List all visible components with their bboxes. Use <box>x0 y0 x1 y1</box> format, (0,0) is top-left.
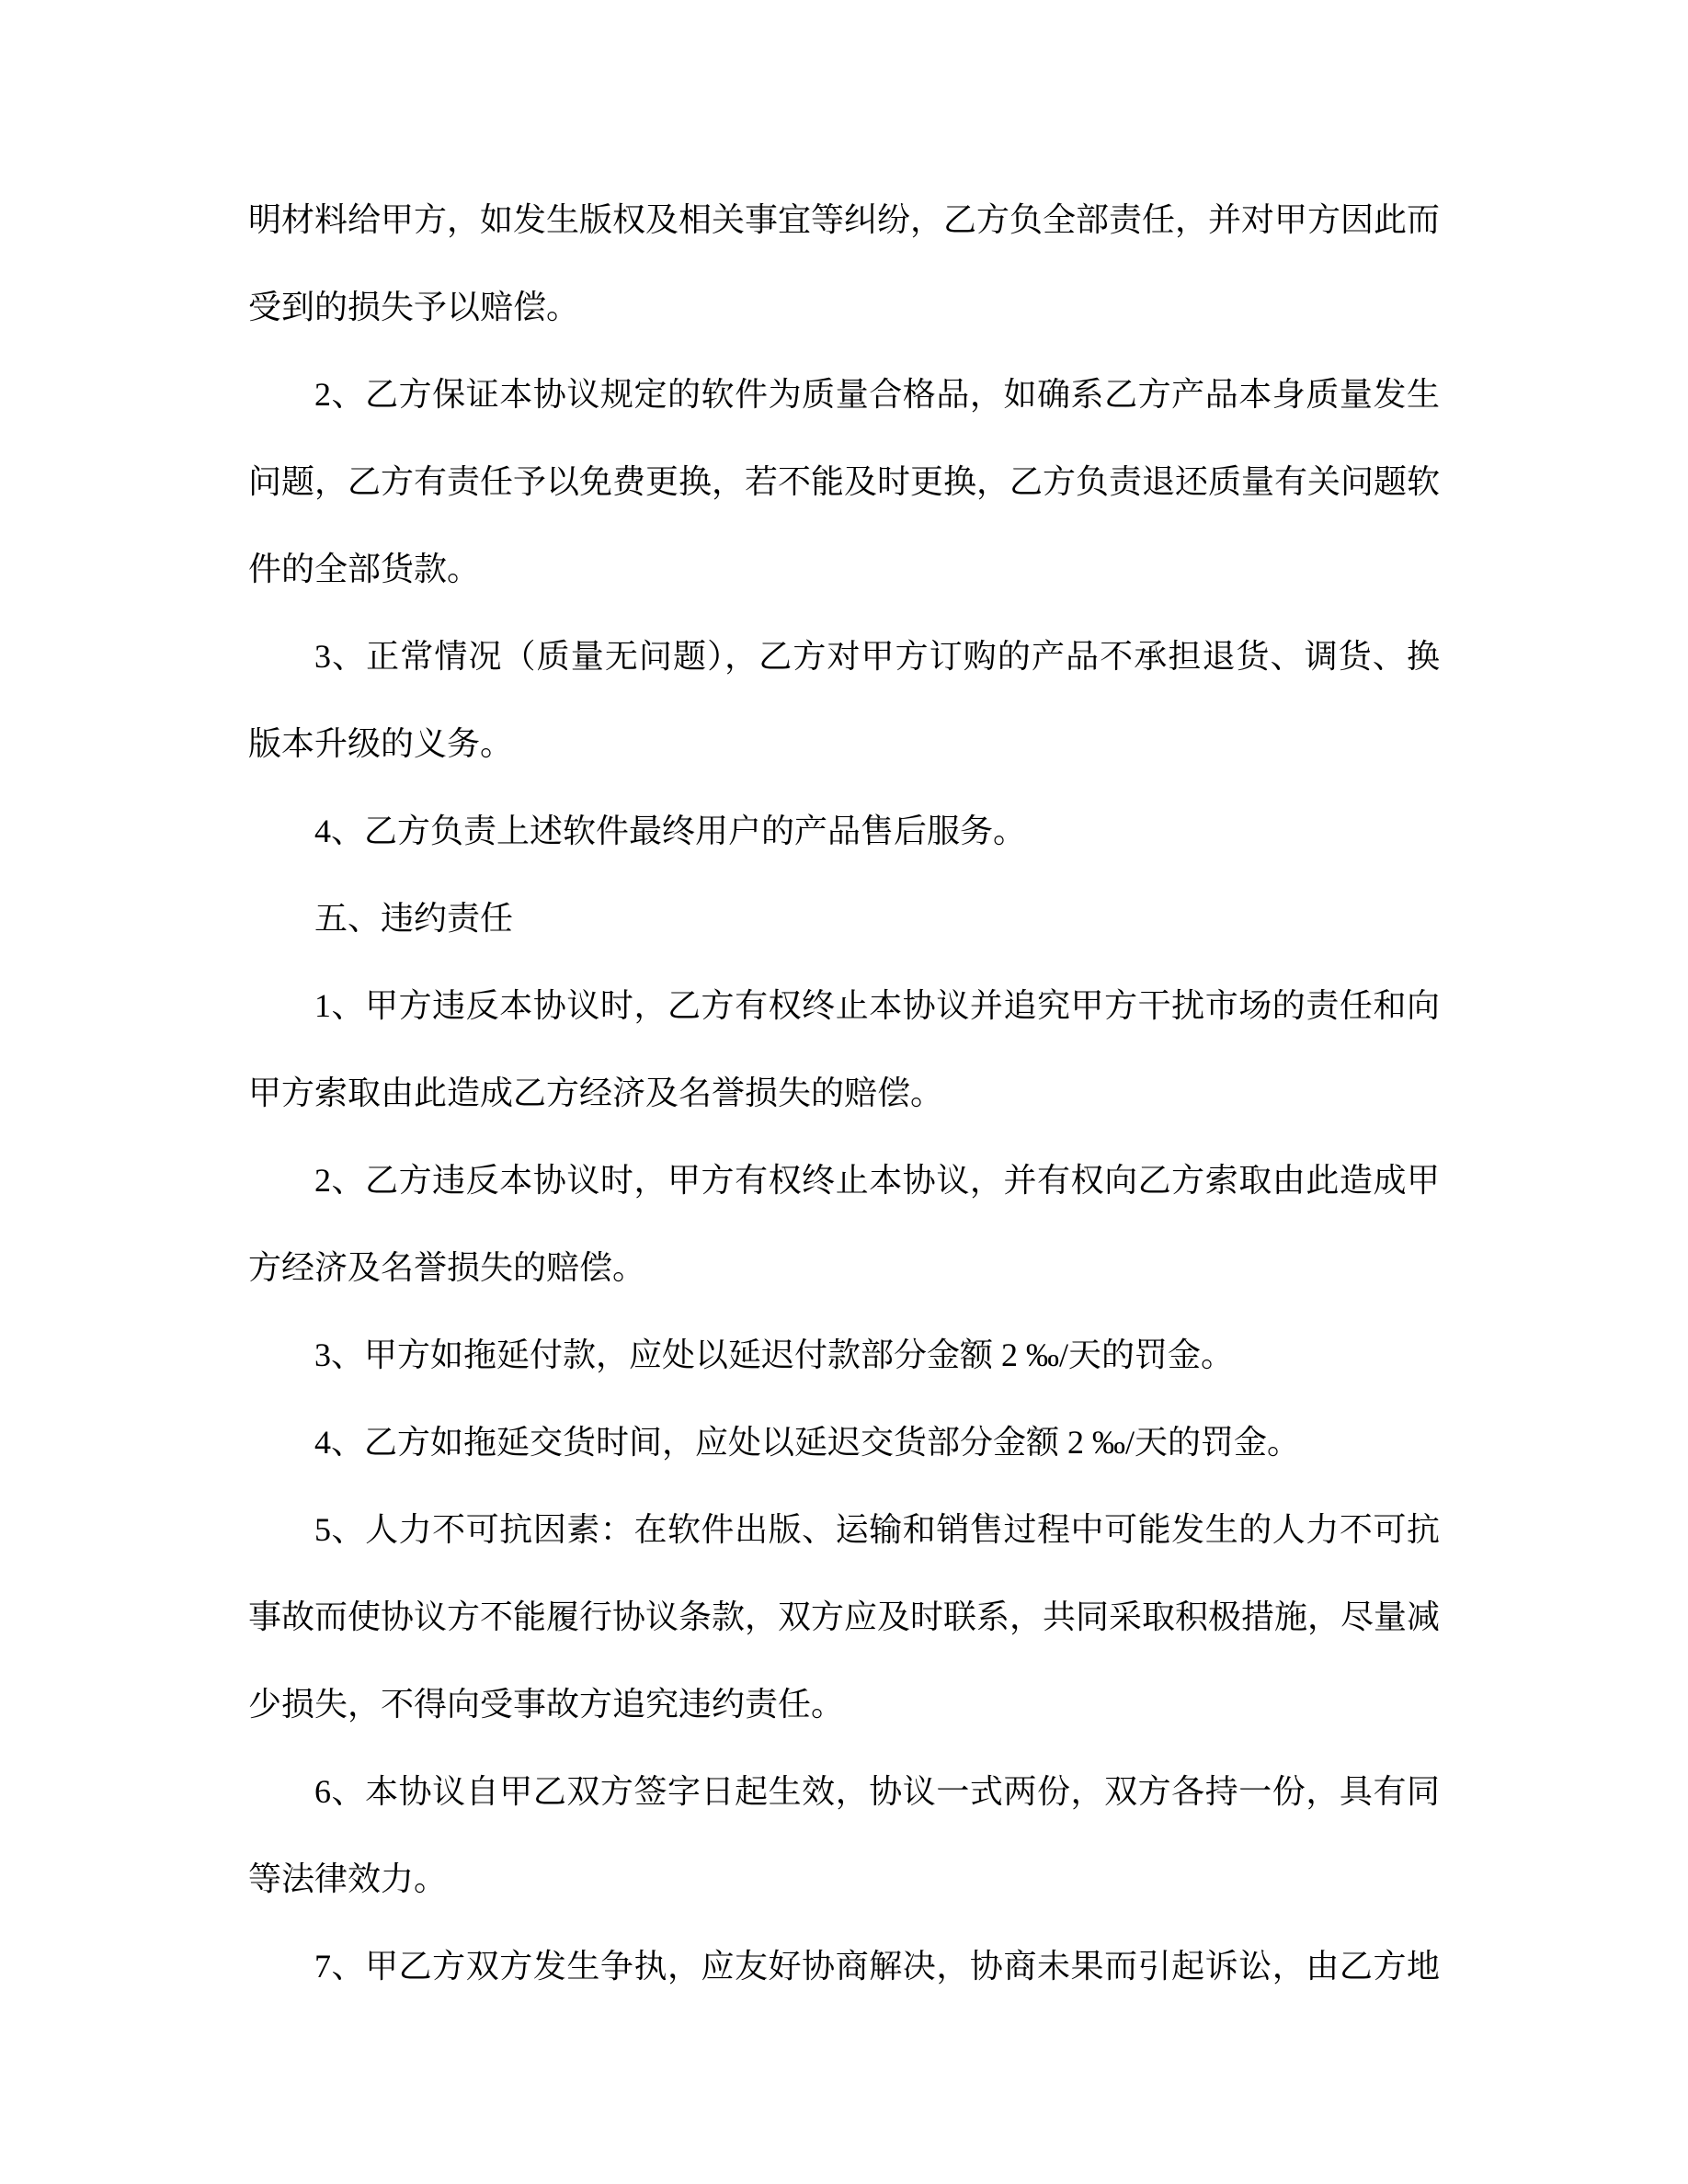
document-page: 明材料给甲方，如发生版权及相关事宜等纠纷，乙方负全部责任，并对甲方因此而 受到的… <box>0 0 1688 2184</box>
section-heading: 五、违约责任 <box>248 875 1440 962</box>
document-line: 甲方索取由此造成乙方经济及名誉损失的赔偿。 <box>248 1050 1440 1137</box>
document-line: 2、乙方违反本协议时，甲方有权终止本协议，并有权向乙方索取由此造成甲 <box>248 1137 1440 1224</box>
document-line: 事故而使协议方不能履行协议条款，双方应及时联系，共同采取积极措施，尽量减 <box>248 1574 1440 1661</box>
document-line: 少损失，不得向受事故方追究违约责任。 <box>248 1661 1440 1748</box>
document-line: 6、本协议自甲乙双方签字日起生效，协议一式两份，双方各持一份，具有同 <box>248 1748 1440 1836</box>
document-line: 件的全部货款。 <box>248 526 1440 613</box>
document-line: 3、正常情况（质量无问题），乙方对甲方订购的产品不承担退货、调货、换 <box>248 613 1440 700</box>
document-line: 受到的损失予以赔偿。 <box>248 264 1440 351</box>
document-line: 3、甲方如拖延付款，应处以延迟付款部分金额 2 ‰/天的罚金。 <box>248 1312 1440 1399</box>
document-line: 明材料给甲方，如发生版权及相关事宜等纠纷，乙方负全部责任，并对甲方因此而 <box>248 176 1440 264</box>
document-line: 1、甲方违反本协议时，乙方有权终止本协议并追究甲方干扰市场的责任和向 <box>248 962 1440 1050</box>
document-line: 4、乙方如拖延交货时间，应处以延迟交货部分金额 2 ‰/天的罚金。 <box>248 1399 1440 1486</box>
document-line: 2、乙方保证本协议规定的软件为质量合格品，如确系乙方产品本身质量发生 <box>248 351 1440 438</box>
contract-text-block: 明材料给甲方，如发生版权及相关事宜等纠纷，乙方负全部责任，并对甲方因此而 受到的… <box>248 176 1440 2010</box>
document-line: 方经济及名誉损失的赔偿。 <box>248 1224 1440 1312</box>
document-line: 问题，乙方有责任予以免费更换，若不能及时更换，乙方负责退还质量有关问题软 <box>248 438 1440 526</box>
document-line: 7、甲乙方双方发生争执，应友好协商解决，协商未果而引起诉讼，由乙方地 <box>248 1923 1440 2010</box>
document-line: 5、人力不可抗因素：在软件出版、运输和销售过程中可能发生的人力不可抗 <box>248 1486 1440 1574</box>
document-line: 4、乙方负责上述软件最终用户的产品售后服务。 <box>248 788 1440 875</box>
document-line: 等法律效力。 <box>248 1836 1440 1923</box>
document-line: 版本升级的义务。 <box>248 700 1440 788</box>
